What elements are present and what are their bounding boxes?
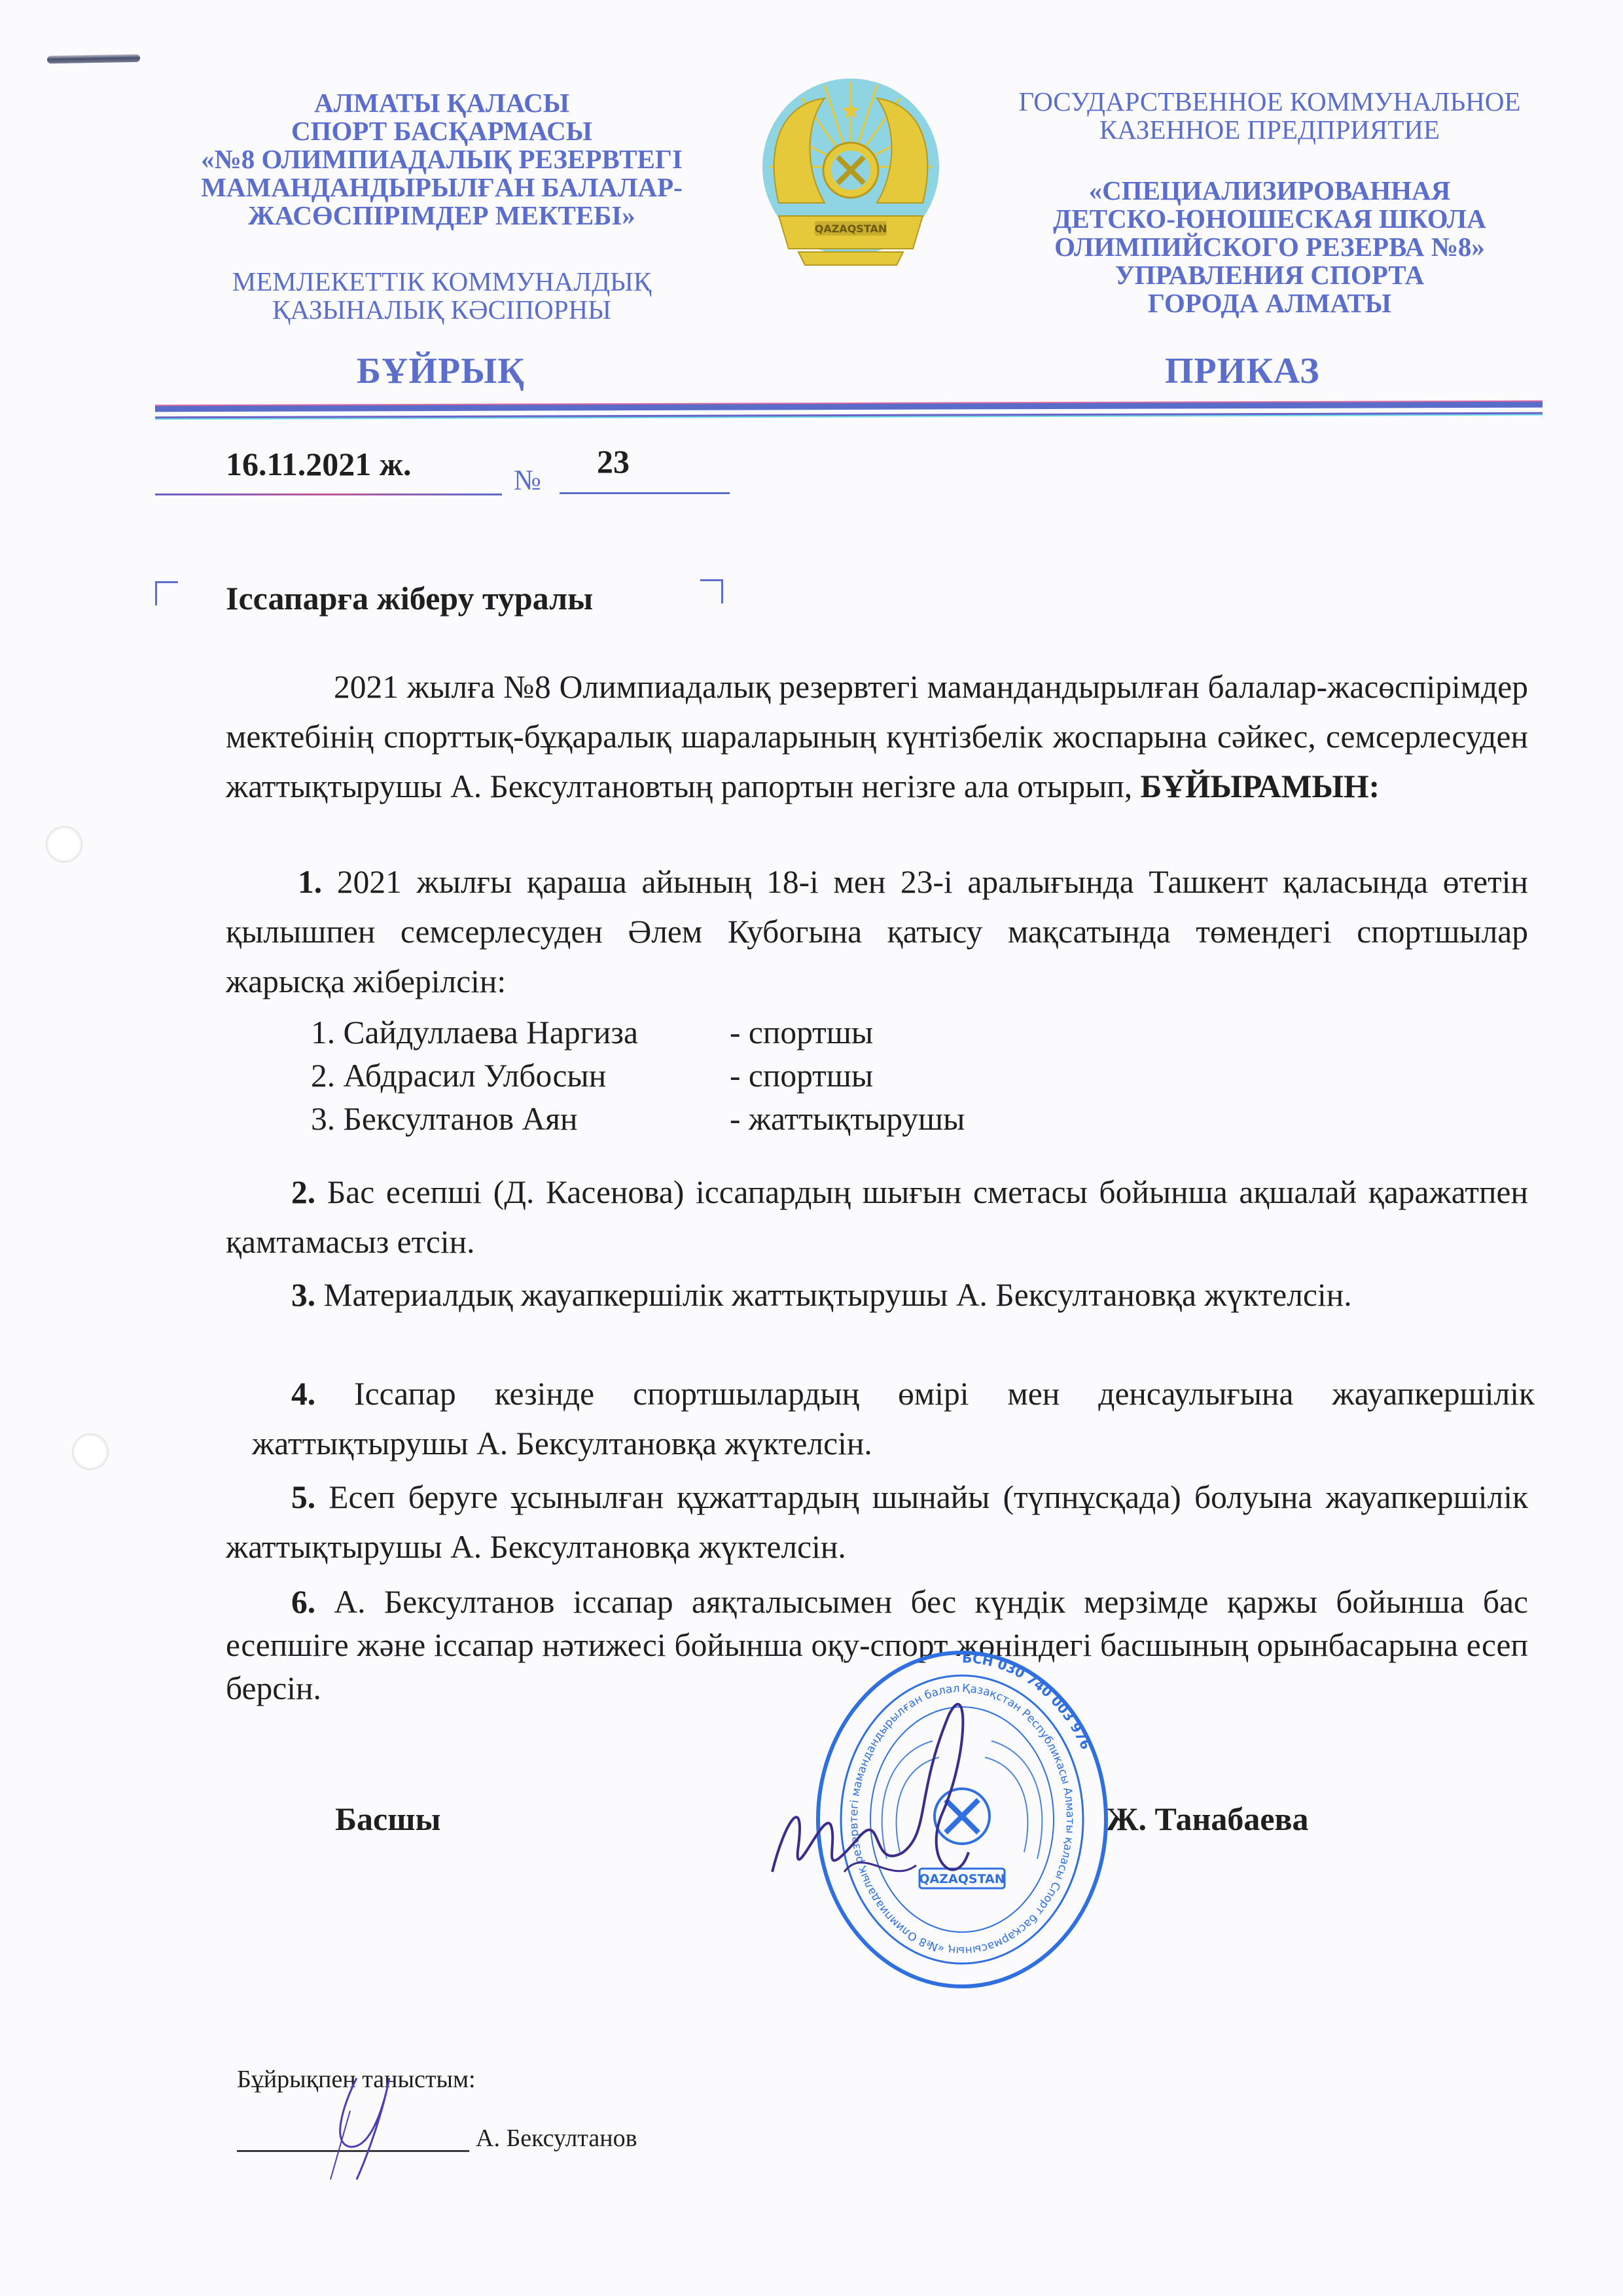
- clause-number: 3.: [291, 1277, 315, 1313]
- participant-name: 1. Сайдуллаева Наргиза: [311, 1011, 730, 1054]
- clause-2: 2. Бас есепші (Д. Касенова) іссапардың ш…: [226, 1168, 1528, 1267]
- staple-mark: [47, 54, 140, 63]
- letterhead-kz-line: «№8 ОЛИМПИАДАЛЫҚ РЕЗЕРВТЕГІ: [164, 145, 720, 173]
- punch-hole-bottom: [72, 1433, 109, 1470]
- letterhead-divider: [155, 402, 1543, 412]
- kazakhstan-state-emblem-icon: QAZAQSTAN: [753, 72, 949, 275]
- clause-text: Бас есепші (Д. Касенова) іссапардың шығы…: [226, 1174, 1528, 1260]
- letterhead-kz-line: СПОРТ БАСҚАРМАСЫ: [164, 117, 720, 145]
- letterhead-kz: АЛМАТЫ ҚАЛАСЫ СПОРТ БАСҚАРМАСЫ «№8 ОЛИМП…: [164, 89, 720, 324]
- letterhead-kz-line: АЛМАТЫ ҚАЛАСЫ: [164, 89, 720, 117]
- letterhead-ru-line: ГОРОДА АЛМАТЫ: [962, 289, 1577, 317]
- subject-corner-left: [155, 581, 178, 605]
- participant-role: - спортшы: [730, 1054, 873, 1098]
- clause-text: Іссапар кезінде спортшылардың өмірі мен …: [252, 1376, 1535, 1462]
- clause-text: Материалдық жауапкершілік жаттықтырушы А…: [324, 1277, 1352, 1313]
- acknowledgement-name: А. Бексултанов: [476, 2124, 637, 2153]
- order-subject: Іссапарға жіберу туралы: [226, 579, 593, 617]
- letterhead-ru: ГОСУДАРСТВЕННОЕ КОММУНАЛЬНОЕ КАЗЕННОЕ ПР…: [962, 88, 1577, 317]
- letterhead-kz-line: ЖАСӨСПІРІМДЕР МЕКТЕБІ»: [164, 202, 720, 230]
- participant-row: 3. Бексултанов Аян - жаттықтырушы: [311, 1098, 965, 1141]
- letterhead-kz-line: МАМАНДАНДЫРЫЛҒАН БАЛАЛАР-: [164, 173, 720, 202]
- participant-row: 1. Сайдуллаева Наргиза - спортшы: [311, 1011, 965, 1054]
- intro-paragraph: 2021 жылға №8 Олимпиадалық резервтегі ма…: [226, 662, 1528, 812]
- participant-name: 3. Бексултанов Аян: [311, 1098, 730, 1141]
- letterhead-divider-thin: [155, 412, 1543, 419]
- date-underline: [155, 493, 502, 495]
- letterhead-ru-line: «СПЕЦИАЛИЗИРОВАННАЯ: [962, 177, 1577, 205]
- svg-text:QAZAQSTAN: QAZAQSTAN: [815, 223, 887, 235]
- participant-list: 1. Сайдуллаева Наргиза - спортшы 2. Абдр…: [311, 1011, 965, 1141]
- signatory-title: Басшы: [335, 1800, 441, 1838]
- letterhead-kz-line: ҚАЗЫНАЛЫҚ КӘСІПОРНЫ: [164, 296, 720, 324]
- letterhead-kz-line: МЕМЛЕКЕТТІК КОММУНАЛДЫҚ: [164, 268, 720, 296]
- doc-type-ru: ПРИКАЗ: [1165, 350, 1320, 392]
- letterhead-ru-line: КАЗЕННОЕ ПРЕДПРИЯТИЕ: [962, 116, 1577, 144]
- clause-3: 3. Материалдық жауапкершілік жаттықтыруш…: [252, 1273, 1528, 1318]
- number-sign: №: [514, 463, 541, 497]
- letterhead-ru-line: УПРАВЛЕНИЯ СПОРТА: [962, 261, 1577, 289]
- signature-scribble: [759, 1676, 995, 1924]
- doc-type-kz: БҰЙРЫҚ: [357, 350, 525, 392]
- participant-role: - спортшы: [730, 1011, 873, 1054]
- punch-hole-top: [46, 826, 82, 863]
- number-underline: [560, 492, 730, 494]
- order-keyword: БҰЙЫРАМЫН:: [1141, 768, 1380, 804]
- letterhead-ru-line: ОЛИМПИЙСКОГО РЕЗЕРВА №8»: [962, 233, 1577, 261]
- clause-5: 5. Есеп беруге ұсынылған құжаттардың шын…: [226, 1473, 1528, 1572]
- clause-number: 5.: [291, 1479, 315, 1515]
- clause-text: 2021 жылғы қараша айының 18-і мен 23-і а…: [226, 864, 1528, 999]
- clause-number: 2.: [291, 1174, 315, 1210]
- order-number: 23: [597, 442, 630, 480]
- participant-name: 2. Абдрасил Улбосын: [311, 1054, 730, 1098]
- subject-corner-right: [700, 579, 723, 603]
- acknowledgement-signature-scribble: [324, 2072, 422, 2183]
- letterhead-ru-line: ГОСУДАРСТВЕННОЕ КОММУНАЛЬНОЕ: [962, 88, 1577, 116]
- clause-4: 4. Іссапар кезінде спортшылардың өмірі м…: [252, 1369, 1535, 1469]
- clause-1: 1. 2021 жылғы қараша айының 18-і мен 23-…: [226, 857, 1528, 1007]
- clause-number: 4.: [291, 1376, 315, 1412]
- clause-number: 6.: [291, 1584, 315, 1620]
- clause-text: Есеп беруге ұсынылған құжаттардың шынайы…: [226, 1479, 1528, 1565]
- clause-number: 1.: [298, 864, 322, 900]
- participant-role: - жаттықтырушы: [730, 1098, 965, 1141]
- letterhead-ru-line: ДЕТСКО-ЮНОШЕСКАЯ ШКОЛА: [962, 205, 1577, 233]
- order-date: 16.11.2021 ж.: [226, 445, 412, 483]
- participant-row: 2. Абдрасил Улбосын - спортшы: [311, 1054, 965, 1098]
- signatory-name: Ж. Танабаева: [1106, 1800, 1309, 1838]
